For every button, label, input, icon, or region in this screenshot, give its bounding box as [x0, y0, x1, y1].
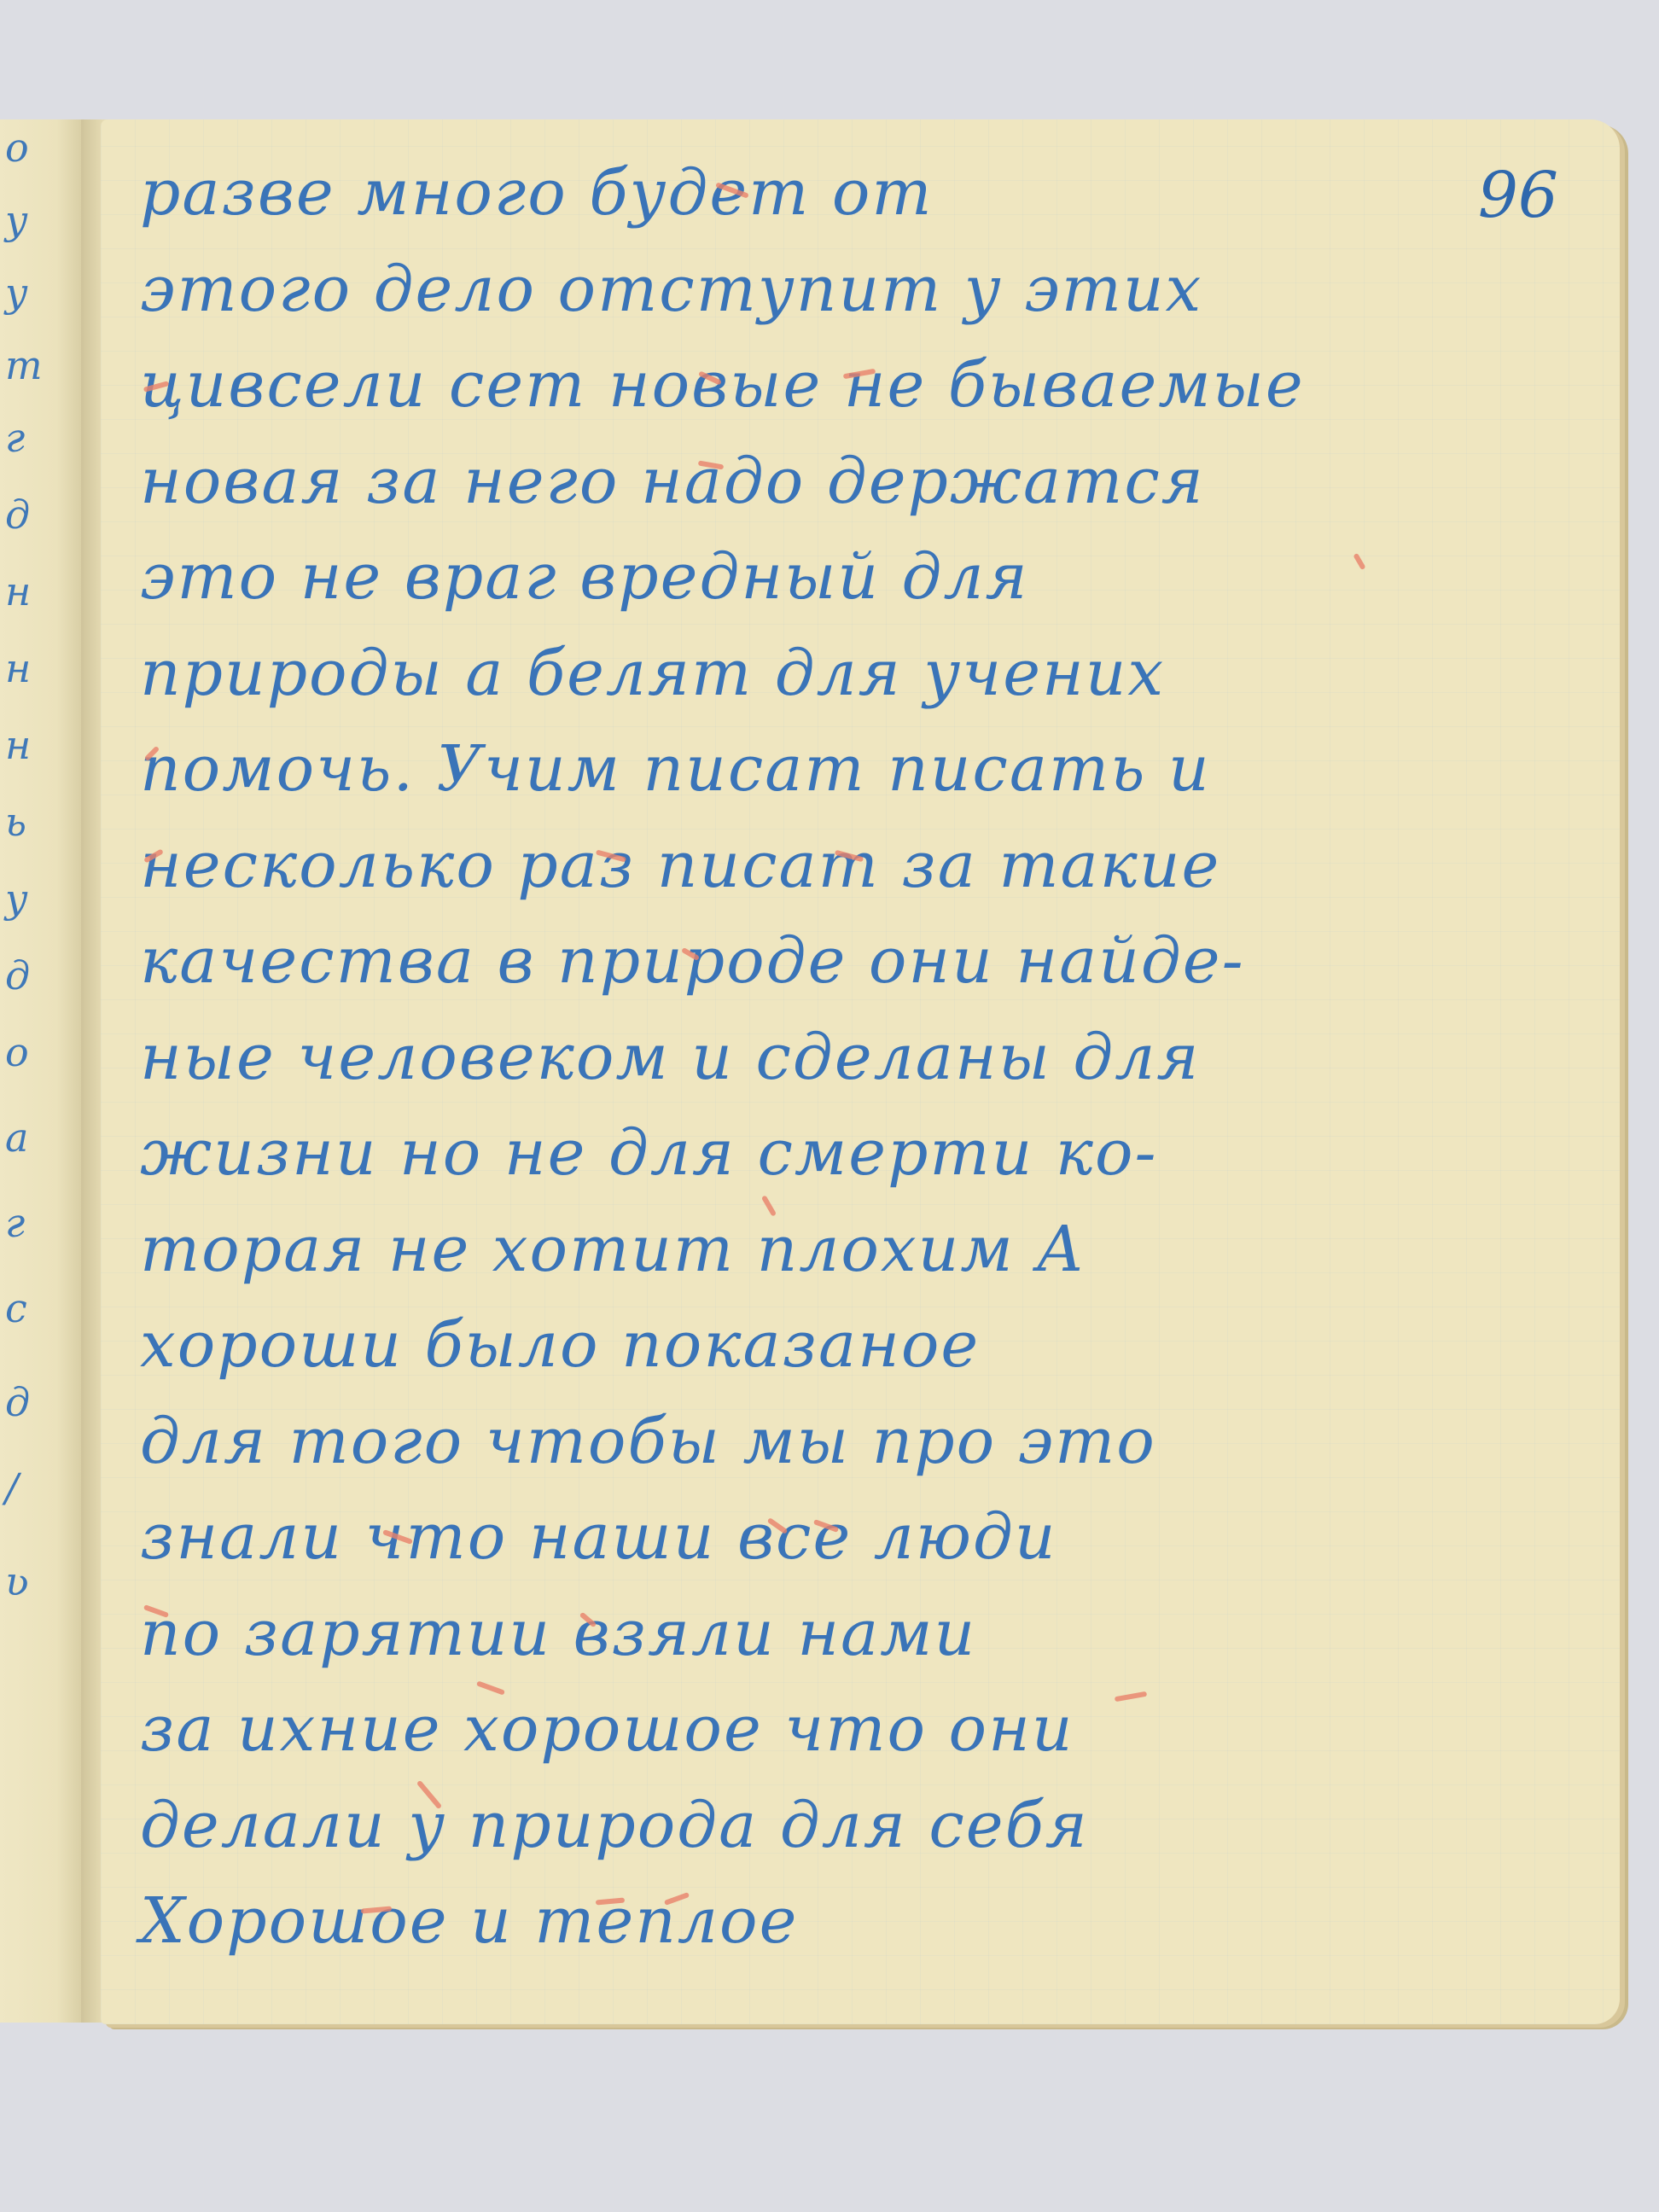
text-line: торая не хотит плохим А — [140, 1202, 1569, 1298]
text-line: несколько раз писат за такие — [140, 818, 1569, 914]
left-page-fragment: о — [5, 128, 29, 167]
left-page-fragment: у — [5, 273, 28, 312]
left-page-fragment: о — [5, 1033, 29, 1072]
text-line: новая за него надо держатся — [140, 434, 1569, 530]
text-line: знали что наши все люди — [140, 1489, 1569, 1586]
left-page-fragment: т — [5, 346, 43, 385]
left-page-fragment: н — [5, 572, 31, 611]
left-page-fragment: у — [5, 201, 28, 240]
left-page-edge: о у у т г д н н н ь у д о а г с д / ʋ — [0, 119, 83, 2023]
text-line: жизни но не для смерти ко- — [140, 1105, 1569, 1202]
text-line: разве много будет от — [140, 145, 1569, 242]
left-page-fragment: а — [5, 1118, 28, 1157]
text-line: этого дело отступит у этих — [140, 242, 1569, 338]
left-page-fragment: н — [5, 725, 31, 765]
text-line: делали у природа для себя — [140, 1778, 1569, 1874]
left-page-fragment: д — [5, 956, 30, 995]
left-page-fragment: у — [5, 879, 28, 918]
left-page-fragment: г — [5, 1203, 25, 1243]
left-page-fragment: д — [5, 1382, 30, 1422]
text-line: помочь. Учим писат писать и — [140, 721, 1569, 818]
left-page-fragment: ь — [5, 802, 26, 841]
left-page-fragment: ʋ — [5, 1562, 29, 1601]
text-line: цивсели сет новые не бываемые — [140, 337, 1569, 434]
text-line: хороши было показаное — [140, 1297, 1569, 1394]
text-line: Хорошое и теплое — [140, 1873, 1569, 1970]
handwritten-text: разве много будет от этого дело отступит… — [140, 145, 1569, 1970]
left-page-fragment: / — [5, 1468, 19, 1507]
left-page-fragment: г — [5, 418, 25, 457]
scene: о у у т г д н н н ь у д о а г с д / ʋ 96… — [0, 0, 1659, 2212]
text-line: качества в природе они найде- — [140, 913, 1569, 1010]
left-page-fragment: с — [5, 1289, 27, 1328]
text-line: за ихние хорошое что они — [140, 1681, 1569, 1778]
text-line: ные человеком и сделаны для — [140, 1010, 1569, 1106]
text-line: по зарятии взяли нами — [140, 1586, 1569, 1682]
text-line: это не враг вредный для — [140, 529, 1569, 626]
left-page-fragment: н — [5, 649, 31, 688]
text-line: природы а белят для учених — [140, 626, 1569, 722]
notebook-page: 96 разве много будет от этого дело отсту… — [101, 119, 1620, 2024]
text-line: для того чтобы мы про это — [140, 1394, 1569, 1490]
left-page-fragment: д — [5, 495, 30, 534]
